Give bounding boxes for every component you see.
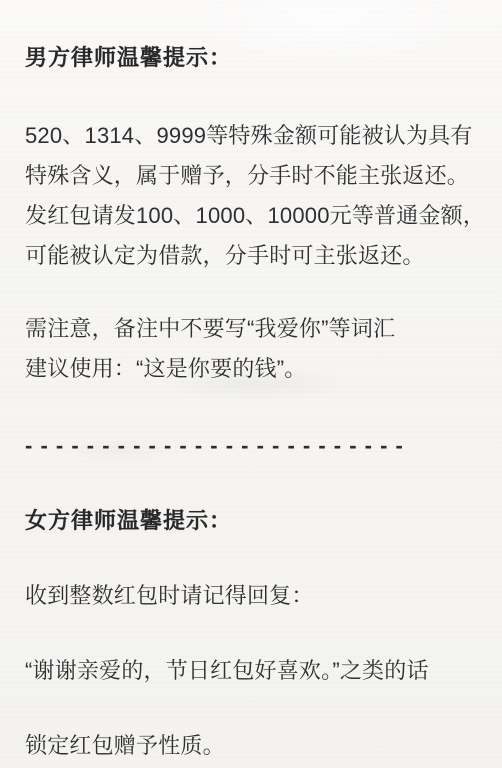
female-lawyer-line-reply: 收到整数红包时请记得回复： (25, 576, 314, 616)
text-line: 发红包请发100、1000、10000元等普通金额， (25, 196, 485, 236)
female-lawyer-line-thanks-quote: “谢谢亲爱的，节日红包好喜欢。”之类的话 (25, 651, 429, 691)
text-line: 可能被认定为借款，分手时可主张返还。 (25, 236, 485, 276)
note-image-page: 男方律师温馨提示： 520、1314、9999等特殊金额可能被认为具有 特殊含义… (0, 0, 502, 768)
dashed-separator: - - - - - - - - - - - - - - - - - - - - … (25, 431, 404, 461)
text-line: 520、1314、9999等特殊金额可能被认为具有 (25, 116, 485, 156)
text-line: 建议使用：“这是你要的钱”。 (25, 349, 395, 389)
male-lawyer-paragraph-amounts: 520、1314、9999等特殊金额可能被认为具有 特殊含义，属于赠予，分手时不… (25, 116, 485, 276)
female-lawyer-tips-title: 女方律师温馨提示： (25, 506, 232, 536)
text-line: 特殊含义，属于赠予，分手时不能主张返还。 (25, 156, 485, 196)
male-lawyer-paragraph-remark: 需注意，备注中不要写“我爱你”等词汇 建议使用：“这是你要的钱”。 (25, 309, 395, 389)
female-lawyer-line-lock-gift: 锁定红包赠予性质。 (25, 726, 225, 766)
text-line: 需注意，备注中不要写“我爱你”等词汇 (25, 309, 395, 349)
male-lawyer-tips-title: 男方律师温馨提示： (25, 43, 232, 73)
